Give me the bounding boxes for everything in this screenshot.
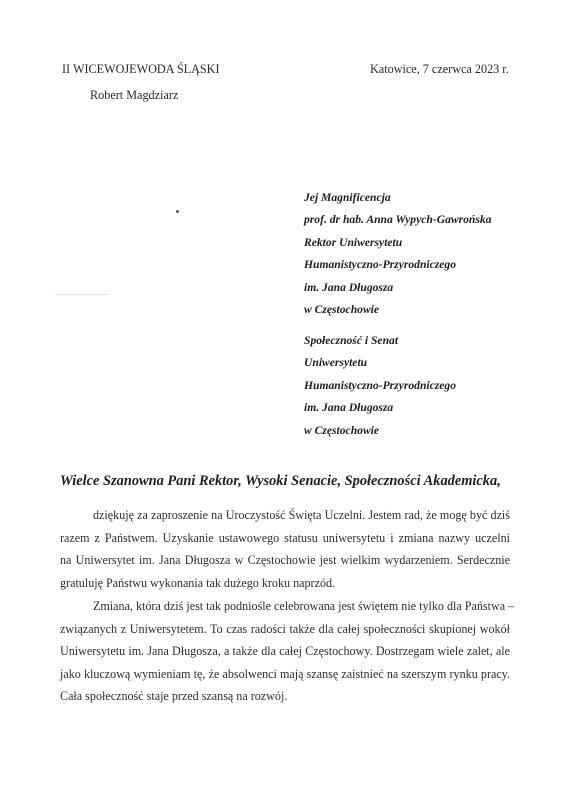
scan-speck <box>176 210 179 213</box>
scan-artifact <box>55 294 110 295</box>
recipient-line: Rektor Uniwersytetu <box>304 232 491 254</box>
paragraph-line: razem z Państwem. Uzyskanie ustawowego s… <box>60 527 510 550</box>
paragraph-1: dziękuję za zaproszenie na Uroczystość Ś… <box>60 504 510 594</box>
paragraph-2: Zmiana, która dziś jest tak podniośle ce… <box>60 595 510 708</box>
paragraph-line: jako kluczową wymieniam tę, że absolwenc… <box>60 663 510 686</box>
paragraph-line: gratuluję Państwu wykonania tak dużego k… <box>60 572 510 595</box>
recipient-line: im. Jana Długosza <box>304 397 456 419</box>
recipient-line: w Częstochowie <box>304 420 456 442</box>
recipient-line: Jej Magnificencja <box>304 187 491 209</box>
recipient-line: Humanistyczno-Przyrodniczego <box>304 254 491 276</box>
paragraph-line: Cała społeczność staje przed szansą na r… <box>60 685 510 708</box>
salutation: Wielce Szanowna Pani Rektor, Wysoki Sena… <box>60 473 501 490</box>
recipient-line: Społeczność i Senat <box>304 330 456 352</box>
sender-title: II WICEWOJEWODA ŚLĄSKI <box>62 62 220 77</box>
recipient-line: w Częstochowie <box>304 299 491 321</box>
sender-name: Robert Magdziarz <box>90 88 178 103</box>
recipient-block-rector: Jej Magnificencja prof. dr hab. Anna Wyp… <box>304 187 491 321</box>
recipient-line: im. Jana Długosza <box>304 277 491 299</box>
recipient-line: Uniwersytetu <box>304 352 456 374</box>
paragraph-line: związanych z Uniwersytetem. To czas rado… <box>60 618 510 641</box>
paragraph-line: dziękuję za zaproszenie na Uroczystość Ś… <box>60 504 510 527</box>
recipient-block-senate: Społeczność i Senat Uniwersytetu Humanis… <box>304 330 456 442</box>
recipient-line: prof. dr hab. Anna Wypych-Gawrońska <box>304 209 491 231</box>
recipient-line: Humanistyczno-Przyrodniczego <box>304 375 456 397</box>
paragraph-line: na Uniwersytet im. Jana Długosza w Częst… <box>60 549 510 572</box>
place-date: Katowice, 7 czerwca 2023 r. <box>370 62 509 77</box>
paragraph-line: Uniwersytetu im. Jana Długosza, a także … <box>60 640 510 663</box>
paragraph-line: Zmiana, która dziś jest tak podniośle ce… <box>60 595 510 618</box>
